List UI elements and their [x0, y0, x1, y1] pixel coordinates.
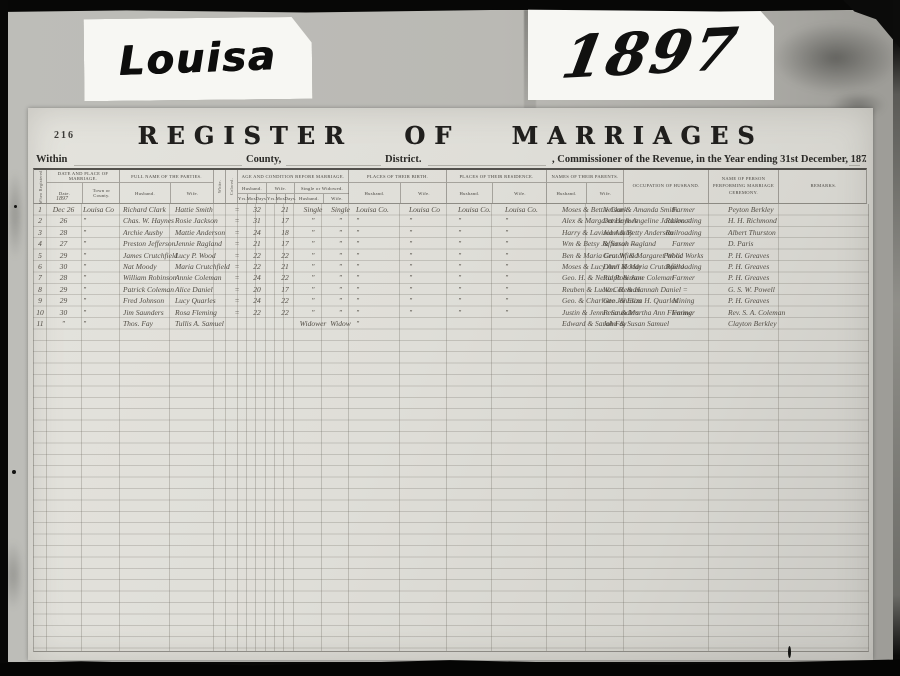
cell-h_age: 31 — [243, 215, 271, 226]
age-wife-header: Wife. — [267, 183, 294, 194]
cell-date: 29 — [46, 295, 81, 306]
cell-date: 28 — [46, 227, 81, 238]
cell-birth_h: " — [354, 227, 407, 238]
days-header: Days. — [256, 194, 266, 203]
cell-no: 2 — [34, 215, 46, 226]
cell-h_age: 24 — [243, 227, 271, 238]
table-row: 929"Fred JohnsonLucy Quarles=2422""""""G… — [34, 295, 868, 306]
cell-birth_w: " — [407, 227, 456, 238]
cell-w_age: 18 — [271, 227, 299, 238]
cell-minister: H. H. Richmond — [726, 215, 798, 226]
cell-no: 5 — [34, 250, 46, 261]
cell-res_w: " — [503, 215, 560, 226]
cell-birth_w: " — [407, 295, 456, 306]
cell-w_age: 21 — [271, 204, 299, 215]
cell-res_h: " — [456, 295, 503, 306]
cell-town: " — [81, 307, 121, 318]
scanned-register-page: 216 REGISTER OF MARRIAGES Within County,… — [0, 0, 900, 676]
cell-town: " — [81, 238, 121, 249]
cell-husband: Chas. W. Haynes — [121, 215, 173, 226]
cell-res_h: " — [456, 215, 503, 226]
cell-h_age: 24 — [243, 295, 271, 306]
cell-h_age: 20 — [243, 284, 271, 295]
date-place-header: DATE AND PLACE OF MARRIAGE. — [47, 170, 119, 183]
cell-res_h: " — [456, 238, 503, 249]
cell-res_h: " — [456, 272, 503, 283]
col-when-registered: When Registered. — [34, 170, 46, 203]
cell-cond_w: Widow — [327, 318, 354, 329]
col-age-condition: AGE AND CONDITION BEFORE MARRIAGE. Husba… — [237, 170, 348, 203]
cell-occupation: Farmer — [641, 272, 726, 283]
cell-birth_w: " — [407, 238, 456, 249]
parents-header: NAMES OF THEIR PARENTS. — [547, 170, 623, 183]
col-occupation: OCCUPATION OF HUSBAND. — [623, 170, 708, 203]
scan-smudge — [6, 170, 24, 260]
year-tag: 1897 — [528, 6, 774, 100]
cell-minister: P. H. Greaves — [726, 295, 798, 306]
cell-date: 29 — [46, 250, 81, 261]
cell-husband: Thos. Fay — [121, 318, 173, 329]
cell-minister: P. H. Greaves — [726, 261, 798, 272]
scan-speck — [14, 205, 17, 208]
cell-birth_w — [407, 318, 456, 329]
cell-remarks — [798, 215, 890, 226]
county-label: County, — [246, 154, 281, 165]
cell-par_h: Wm & Betsy Jefferson — — [560, 238, 601, 249]
cell-cond_w: " — [327, 238, 354, 249]
cell-remarks — [798, 250, 890, 261]
cell-occupation: Farmer — [641, 307, 726, 318]
cell-husband: Nat Moody — [121, 261, 173, 272]
col-birth: PLACES OF THEIR BIRTH. Husband. Wife. — [348, 170, 446, 203]
cell-cond_w: " — [327, 250, 354, 261]
cell-w_age: 22 — [271, 295, 299, 306]
cell-cond_w: " — [327, 272, 354, 283]
cell-occupation — [641, 318, 726, 329]
cell-wife: Rosie Jackson — [173, 215, 219, 226]
cell-husband: Richard Clark — [121, 204, 173, 215]
cell-occupation — [641, 284, 726, 295]
cell-no: 8 — [34, 284, 46, 295]
cell-birth_h: " — [354, 238, 407, 249]
birth-header: PLACES OF THEIR BIRTH. — [349, 170, 446, 183]
col-full-name: FULL NAME OF THE PARTIES. Husband. Wife. — [119, 170, 213, 203]
cell-res_w — [503, 318, 560, 329]
scan-border-right — [893, 0, 900, 676]
scan-speck — [12, 470, 16, 474]
cell-birth_h: Louisa Co. — [354, 204, 407, 215]
cell-res_w: " — [503, 307, 560, 318]
cell-remarks — [798, 272, 890, 283]
residence-header: PLACES OF THEIR RESIDENCE. — [447, 170, 546, 183]
cell-birth_h: " — [354, 272, 407, 283]
town-county-header: Town or County. — [82, 183, 120, 203]
birth-wife-header: Wife. — [400, 183, 447, 203]
cell-colored: = — [231, 307, 243, 318]
table-row: 829"Patrick ColemanAlice Daniel=2017""""… — [34, 284, 868, 295]
cell-birth_h: " — [354, 295, 407, 306]
cell-town: " — [81, 295, 121, 306]
blank-underline — [849, 154, 860, 166]
cell-occupation: Farmer — [641, 204, 726, 215]
cell-wife: Annie Coleman — [173, 272, 219, 283]
cell-birth_h: " — [354, 261, 407, 272]
cell-wife: Hattie Smith — [173, 204, 219, 215]
cell-res_w: " — [503, 238, 560, 249]
col-colored: Colored. — [225, 170, 237, 203]
cell-h_age: 32 — [243, 204, 271, 215]
col-white: White. — [213, 170, 225, 203]
table-row: 328"Archie AusbyMattie Anderson=2418""""… — [34, 227, 868, 238]
cell-w_age: 17 — [271, 215, 299, 226]
cell-cond_h: " — [299, 215, 327, 226]
cell-cond_w: Single — [327, 204, 354, 215]
cell-res_w: " — [503, 272, 560, 283]
blank-underline — [428, 154, 546, 166]
cell-w_age: 22 — [271, 250, 299, 261]
cell-birth_w: " — [407, 272, 456, 283]
cell-par_w: John & Betty Anderson — [601, 227, 641, 238]
cell-par_w: Peter & Martha Ann Fleming — [601, 307, 641, 318]
remarks-header: REMARKS. — [811, 183, 837, 190]
table-header: When Registered. DATE AND PLACE OF MARRI… — [33, 168, 867, 204]
cell-minister: P. H. Greaves — [726, 272, 798, 283]
cell-date: " — [46, 318, 81, 329]
cell-res_w: Louisa Co. — [503, 204, 560, 215]
husband-header: Husband. — [120, 183, 170, 203]
cell-colored: = — [231, 284, 243, 295]
cell-white — [219, 295, 231, 306]
cell-date: 29 — [46, 284, 81, 295]
col-residence: PLACES OF THEIR RESIDENCE. Husband. Wife… — [446, 170, 546, 203]
cell-par_h: Edward & Sarah Fay — [560, 318, 601, 329]
cell-remarks — [798, 204, 890, 215]
cell-res_w: " — [503, 284, 560, 295]
cell-remarks — [798, 295, 890, 306]
period-label: . — [864, 154, 867, 165]
cell-husband: William Robinson — [121, 272, 173, 283]
cell-white — [219, 272, 231, 283]
cell-no: 9 — [34, 295, 46, 306]
cell-par_w: Dance & Angeline Jackson = — [601, 215, 641, 226]
cell-res_h: " — [456, 227, 503, 238]
cell-colored: = — [231, 295, 243, 306]
cell-husband: Fred Johnson — [121, 295, 173, 306]
cell-colored: = — [231, 250, 243, 261]
birth-husband-header: Husband. — [349, 183, 400, 203]
cell-res_h: Louisa Co. — [456, 204, 503, 215]
cell-birth_w: " — [407, 215, 456, 226]
cell-town: " — [81, 215, 121, 226]
age-condition-header: AGE AND CONDITION BEFORE MARRIAGE. — [238, 170, 348, 183]
cell-h_age: 22 — [243, 307, 271, 318]
table-row: 728"William RobinsonAnnie Coleman=2422""… — [34, 272, 868, 283]
cell-par_w: Geo. W. & Margaret Wood — [601, 250, 641, 261]
cell-cond_h: " — [299, 272, 327, 283]
cell-wife: Mattie Anderson — [173, 227, 219, 238]
cell-wife: Tullis A. Samuel — [173, 318, 219, 329]
cell-birth_h: " — [354, 215, 407, 226]
cell-h_age — [243, 318, 271, 329]
cell-husband: Archie Ausby — [121, 227, 173, 238]
cond-wife-header: Wife. — [323, 194, 350, 203]
cell-w_age: 17 — [271, 284, 299, 295]
cell-wife: Maria Crutchfield — [173, 261, 219, 272]
cell-white — [219, 261, 231, 272]
cell-w_age: 17 — [271, 238, 299, 249]
cell-w_age: 22 — [271, 307, 299, 318]
yrs-header: Yrs. — [238, 194, 247, 203]
white-header: White. — [217, 180, 222, 193]
cell-town: " — [81, 227, 121, 238]
cell-par_h: Alex & Margaret Haynes — [560, 215, 601, 226]
scan-speck — [788, 646, 791, 658]
cell-wife: Lucy P. Wood — [173, 250, 219, 261]
cell-occupation: Farmer — [641, 238, 726, 249]
minister-header: NAME OF PERSON PERFORMING MARRIAGE CEREM… — [712, 176, 775, 197]
cell-white — [219, 307, 231, 318]
cell-birth_w: Louisa Co — [407, 204, 456, 215]
occupation-header: OCCUPATION OF HUSBAND. — [633, 183, 700, 190]
blank-underline — [286, 154, 381, 166]
cell-remarks — [798, 261, 890, 272]
cell-res_h: " — [456, 261, 503, 272]
parents-wife-header: Wife. — [586, 183, 624, 203]
cell-occupation: Railroading — [641, 227, 726, 238]
cell-remarks — [798, 284, 890, 295]
cell-birth_w: " — [407, 261, 456, 272]
cell-wife: Rosa Fleming — [173, 307, 219, 318]
cell-no: 10 — [34, 307, 46, 318]
cell-minister: Peyton Berkley — [726, 204, 798, 215]
residence-wife-header: Wife. — [492, 183, 547, 203]
cell-h_age: 24 — [243, 272, 271, 283]
cell-white — [219, 250, 231, 261]
yrs-header: Yrs. — [267, 194, 276, 203]
cell-colored: = — [231, 272, 243, 283]
cell-minister: Clayton Berkley — [726, 318, 798, 329]
cell-par_w: Ralph & Jane Coleman — [601, 272, 641, 283]
cell-cond_h: " — [299, 295, 327, 306]
full-name-header: FULL NAME OF THE PARTIES. — [120, 170, 213, 183]
col-parents: NAMES OF THEIR PARENTS. Husband. Wife. — [546, 170, 623, 203]
cell-cond_h: " — [299, 284, 327, 295]
marriage-table: When Registered. DATE AND PLACE OF MARRI… — [33, 168, 867, 652]
cell-par_w: & Sarah Ragland — [601, 238, 641, 249]
cell-birth_w: " — [407, 250, 456, 261]
cell-remarks — [798, 227, 890, 238]
table-row: 630"Nat MoodyMaria Crutchfield=2221"""""… — [34, 261, 868, 272]
cell-date: 30 — [46, 307, 81, 318]
cell-minister: P. H. Greaves — [726, 250, 798, 261]
cell-res_h — [456, 318, 503, 329]
cell-remarks — [798, 238, 890, 249]
cell-cond_w: " — [327, 215, 354, 226]
cell-husband: James Crutchfield — [121, 250, 173, 261]
table-row: 1030"Jim SaundersRosa Fleming=2222""""""… — [34, 307, 868, 318]
cond-husband-header: Husband. — [295, 194, 323, 203]
table-row: 427"Preston JeffersonJennie Ragland=2117… — [34, 238, 868, 249]
single-widowed-header: Single or Widowed. — [295, 183, 349, 194]
cell-birth_w: " — [407, 307, 456, 318]
cell-remarks — [798, 307, 890, 318]
cell-par_h: Ben & Maria Crutchfield — [560, 250, 601, 261]
cell-h_age: 22 — [243, 250, 271, 261]
cell-no: 11 — [34, 318, 46, 329]
cell-birth_h: " — [354, 250, 407, 261]
cell-occupation: Railroading — [641, 215, 726, 226]
cell-par_h: Reuben & Lucia Coleman — [560, 284, 601, 295]
district-label: District. — [385, 154, 421, 165]
when-registered-header: When Registered. — [38, 169, 43, 204]
ledger-page: 216 REGISTER OF MARRIAGES Within County,… — [28, 108, 873, 660]
table-row: 529"James CrutchfieldLucy P. Wood=2222""… — [34, 250, 868, 261]
cell-res_w: " — [503, 227, 560, 238]
cell-cond_w: " — [327, 295, 354, 306]
parents-husband-header: Husband. — [547, 183, 586, 203]
cell-birth_h: " — [354, 307, 407, 318]
cell-occupation: Public Works — [641, 250, 726, 261]
cell-cond_h: Single — [299, 204, 327, 215]
table-rows: 1897 1Dec 26Louisa CoRichard ClarkHattie… — [33, 204, 869, 652]
cell-par_h: Harry & Lavinia Ausby — [560, 227, 601, 238]
cell-res_h: " — [456, 307, 503, 318]
scan-smudge — [772, 22, 900, 94]
cell-town: " — [81, 250, 121, 261]
cell-cond_h: " — [299, 238, 327, 249]
cell-wife: Lucy Quarles — [173, 295, 219, 306]
cell-occupation: Railroading — [641, 261, 726, 272]
cell-husband: Patrick Coleman — [121, 284, 173, 295]
cell-par_w: Wm. R. & Hannah Daniel = — [601, 284, 641, 295]
cell-white — [219, 215, 231, 226]
cell-colored: = — [231, 215, 243, 226]
cell-no: 6 — [34, 261, 46, 272]
residence-husband-header: Husband. — [447, 183, 492, 203]
year-tag-text: 1897 — [557, 15, 744, 92]
colored-header: Colored. — [229, 178, 234, 195]
cell-colored — [231, 318, 243, 329]
cell-town: " — [81, 272, 121, 283]
cell-w_age: 21 — [271, 261, 299, 272]
col-minister: NAME OF PERSON PERFORMING MARRIAGE CEREM… — [708, 170, 778, 203]
cell-date: 26 — [46, 215, 81, 226]
cell-colored: = — [231, 227, 243, 238]
cell-colored: = — [231, 204, 243, 215]
cell-no: 7 — [34, 272, 46, 283]
col-remarks: REMARKS. — [778, 170, 868, 203]
cell-cond_h: " — [299, 250, 327, 261]
cell-par_h: Geo. & Charlotte Johnson — [560, 295, 601, 306]
commissioner-label: , Commissioner of the Revenue, in the Ye… — [552, 154, 866, 165]
wife-header: Wife. — [170, 183, 214, 203]
cell-res_h: " — [456, 250, 503, 261]
cell-minister: Rev. S. A. Coleman — [726, 307, 798, 318]
cell-no: 4 — [34, 238, 46, 249]
cell-white — [219, 227, 231, 238]
cell-no: 1 — [34, 204, 46, 215]
county-tag: Louisa — [84, 17, 313, 101]
cell-cond_h: " — [299, 227, 327, 238]
cell-cond_w: " — [327, 261, 354, 272]
cell-town: " — [81, 318, 121, 329]
table-row: 226"Chas. W. HaynesRosie Jackson=3117"""… — [34, 215, 868, 226]
cell-date: 28 — [46, 272, 81, 283]
cell-wife: Alice Daniel — [173, 284, 219, 295]
cell-par_w: Nelson & Amanda Smith — [601, 204, 641, 215]
county-tag-text: Louisa — [118, 33, 278, 85]
cell-par_w: John & Susan Samuel — [601, 318, 641, 329]
table-row: 1Dec 26Louisa CoRichard ClarkHattie Smit… — [34, 204, 868, 215]
cell-colored: = — [231, 238, 243, 249]
cell-date: Dec 26 — [46, 204, 81, 215]
cell-town: Louisa Co — [81, 204, 121, 215]
cell-remarks — [798, 318, 890, 329]
cell-w_age: 22 — [271, 272, 299, 283]
table-row: 11""Thos. FayTullis A. SamuelWidowerWido… — [34, 318, 868, 329]
cell-par_w: Geo. & Eliza H. Quarles — [601, 295, 641, 306]
cell-date: 30 — [46, 261, 81, 272]
cell-w_age — [271, 318, 299, 329]
cell-h_age: 22 — [243, 261, 271, 272]
cell-h_age: 21 — [243, 238, 271, 249]
cell-town: " — [81, 284, 121, 295]
subtitle-line: Within County, District. , Commissioner … — [28, 154, 873, 168]
cell-res_h: " — [456, 284, 503, 295]
cell-birth_h: " — [354, 318, 407, 329]
cell-husband: Jim Saunders — [121, 307, 173, 318]
cell-par_h: Geo. H. & Nettie Robinson — [560, 272, 601, 283]
cell-minister: G. S. W. Powell — [726, 284, 798, 295]
cell-white — [219, 238, 231, 249]
scan-border-left — [0, 0, 8, 676]
cell-occupation: Mining — [641, 295, 726, 306]
year-annotation: 1897 — [56, 196, 68, 202]
cell-town: " — [81, 261, 121, 272]
cell-res_w: " — [503, 295, 560, 306]
cell-husband: Preston Jefferson — [121, 238, 173, 249]
register-title: REGISTER OF MARRIAGES — [28, 121, 873, 150]
cell-par_h: Moses & Lucy Ann Moody — [560, 261, 601, 272]
cell-cond_w: " — [327, 227, 354, 238]
cell-no: 3 — [34, 227, 46, 238]
cell-birth_h: " — [354, 284, 407, 295]
cell-colored: = — [231, 261, 243, 272]
cell-wife: Jennie Ragland — [173, 238, 219, 249]
cell-cond_w: " — [327, 284, 354, 295]
cell-date: 27 — [46, 238, 81, 249]
cell-par_w: Dan'l & Maria Crutchfield — [601, 261, 641, 272]
age-husband-header: Husband. — [238, 183, 266, 194]
cell-res_w: " — [503, 261, 560, 272]
cell-cond_h: Widower — [299, 318, 327, 329]
cell-res_w: " — [503, 250, 560, 261]
cell-white — [219, 318, 231, 329]
cell-cond_h: " — [299, 307, 327, 318]
cell-minister: D. Paris — [726, 238, 798, 249]
cell-minister: Albert Thurston — [726, 227, 798, 238]
cell-white — [219, 284, 231, 295]
cell-par_h: Justin & Jennie Saunders — [560, 307, 601, 318]
cell-white — [219, 204, 231, 215]
cell-birth_w: " — [407, 284, 456, 295]
cell-cond_h: " — [299, 261, 327, 272]
cell-par_h: Moses & Bettie Clark — [560, 204, 601, 215]
within-label: Within — [36, 154, 67, 165]
cell-cond_w: " — [327, 307, 354, 318]
blank-underline — [74, 154, 242, 166]
